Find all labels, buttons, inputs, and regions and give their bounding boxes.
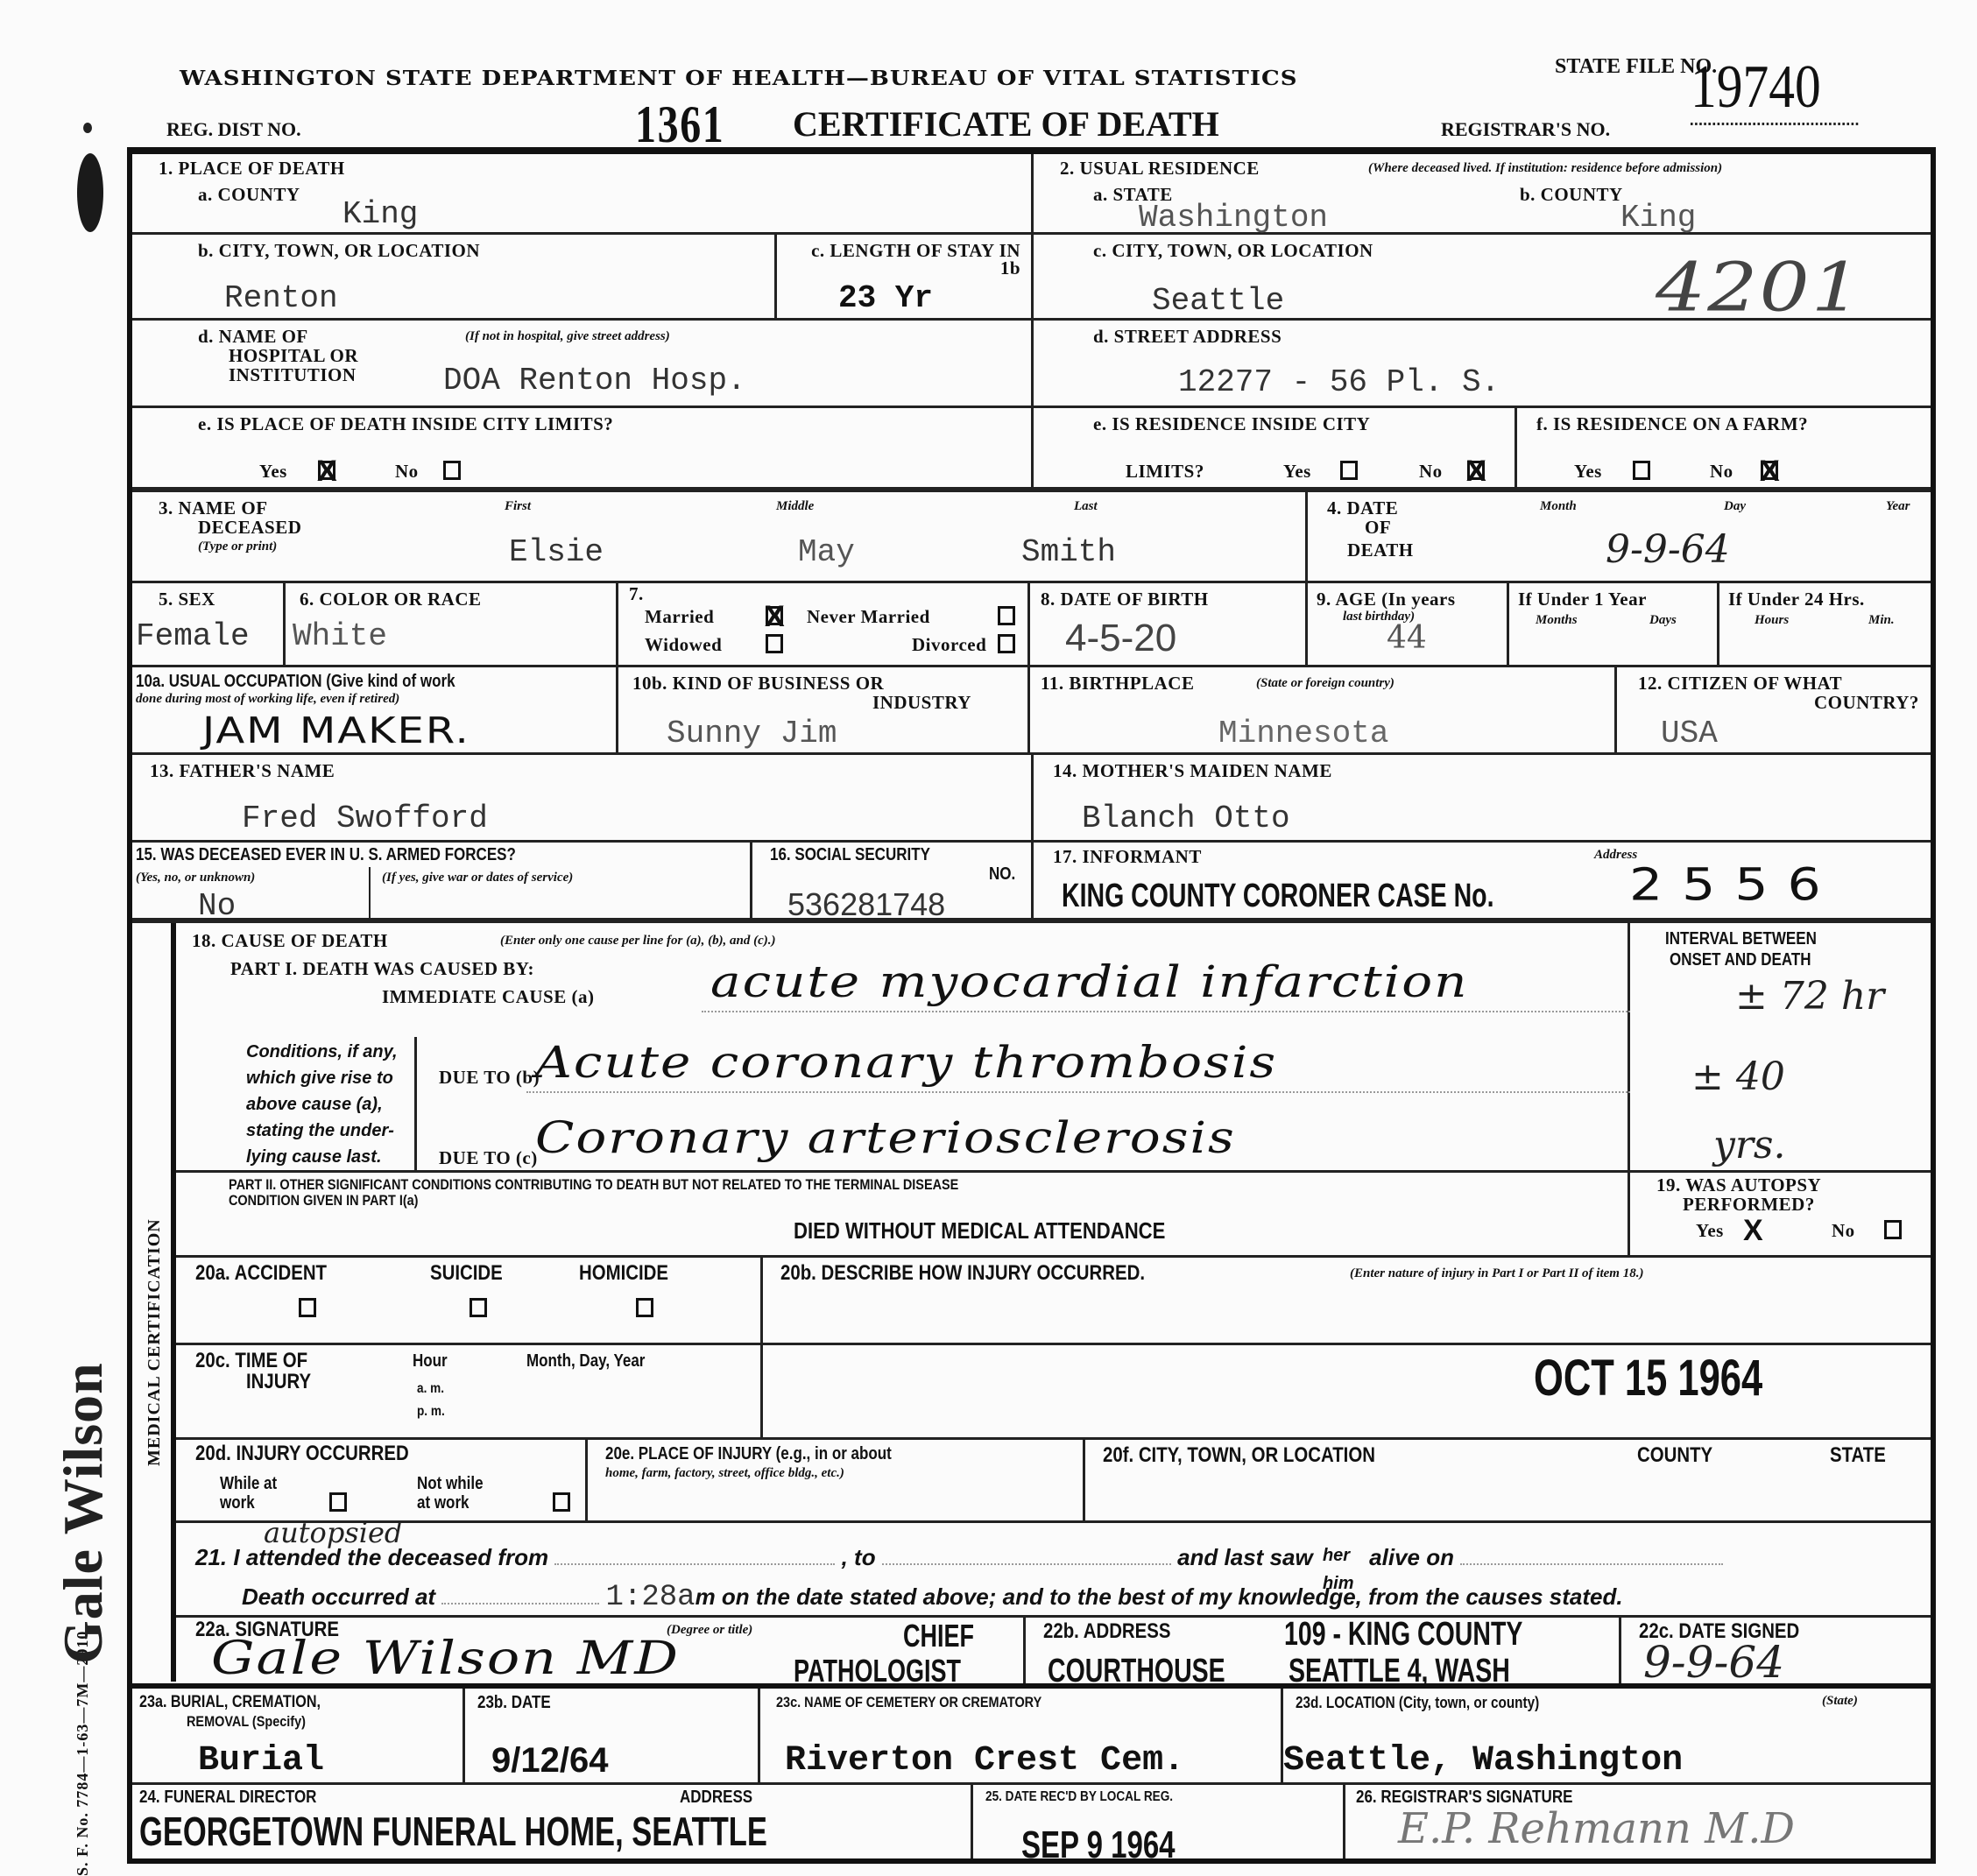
cemetery-value: Riverton Crest Cem. xyxy=(785,1741,1184,1781)
interval-a-value: ± 72 hr xyxy=(1735,974,1884,1019)
name-label-1: 3. NAME OF xyxy=(159,499,268,518)
interval-label-2: ONSET AND DEATH xyxy=(1670,951,1811,969)
inside-city-label: e. IS PLACE OF DEATH INSIDE CITY LIMITS? xyxy=(198,415,613,434)
funeral-director-value: GEORGETOWN FUNERAL HOME, SEATTLE xyxy=(139,1808,767,1855)
length-of-stay-cell: c. LENGTH OF STAY IN 1b 23 Yr xyxy=(777,235,1034,321)
days-label: Days xyxy=(1649,613,1677,627)
death-occurred-label: Death occurred at xyxy=(242,1583,435,1610)
while-at-work-label-2: work xyxy=(220,1494,255,1512)
dotted-rule xyxy=(702,1011,1630,1012)
birthplace-cell: 11. BIRTHPLACE (State or foreign country… xyxy=(1030,667,1617,755)
dod-label-1: 4. DATE xyxy=(1327,499,1398,518)
no-label: No xyxy=(1710,462,1733,481)
death-time-value: 1:28a xyxy=(606,1581,695,1614)
hours-label: Hours xyxy=(1755,613,1789,627)
stay-label: c. LENGTH OF STAY IN 1b xyxy=(801,242,1020,277)
armed-forces-label: 15. WAS DECEASED EVER IN U. S. ARMED FOR… xyxy=(136,846,516,864)
funeral-director-label: 24. FUNERAL DIRECTOR xyxy=(139,1788,316,1806)
sex-cell: 5. SEX Female xyxy=(132,583,286,667)
punch-hole-icon xyxy=(83,123,92,133)
dotted-rule xyxy=(526,1091,1630,1093)
burial-value: Burial xyxy=(198,1741,324,1781)
residence-county-value: King xyxy=(1620,200,1696,236)
agency-heading: WASHINGTON STATE DEPARTMENT OF HEALTH—BU… xyxy=(180,67,1298,91)
date-signed-cell: 22c. DATE SIGNED 9-9-64 xyxy=(1621,1618,1931,1688)
conditions-note-line: above cause (a), xyxy=(246,1091,404,1118)
hospital-note: (If not in hospital, give street address… xyxy=(465,329,670,343)
residence-note: (Where deceased lived. If institution: r… xyxy=(1368,161,1722,175)
cause-b-value: Acute coronary thrombosis xyxy=(535,1037,1277,1088)
disposition-method-cell: 23a. BURIAL, CREMATION, REMOVAL (Specify… xyxy=(132,1689,465,1785)
name-label-2: DECEASED xyxy=(198,518,301,537)
citizenship-cell: 12. CITIZEN OF WHAT COUNTRY? USA xyxy=(1617,667,1931,755)
widowed-label: Widowed xyxy=(645,636,722,654)
funeral-director-cell: 24. FUNERAL DIRECTOR ADDRESS GEORGETOWN … xyxy=(132,1785,973,1858)
autopsy-no-label: No xyxy=(1832,1222,1855,1240)
limits-label: LIMITS? xyxy=(1126,462,1204,481)
day-label: Day xyxy=(1724,499,1746,513)
injury-occurred-label: 20d. INJURY OCCURRED xyxy=(195,1445,409,1463)
residence-city-value: Seattle xyxy=(1152,283,1284,319)
divorced-checkbox[interactable] xyxy=(998,634,1015,653)
date-of-death-cell: 4. DATE OF DEATH Month Day Year 9-9-64 xyxy=(1308,492,1931,583)
received-date-stamp: OCT 15 1964 xyxy=(1534,1349,1762,1407)
month-day-year-label: Month, Day, Year xyxy=(526,1352,645,1370)
location-label: 23d. LOCATION (City, town, or county) xyxy=(1296,1694,1539,1711)
marital-status-cell: 7. Married Never Married Widowed Divorce… xyxy=(618,583,1030,667)
hospital-label-2: HOSPITAL OR xyxy=(229,347,358,365)
registrar-no-label: REGISTRAR'S NO. xyxy=(1441,118,1610,141)
suicide-checkbox[interactable] xyxy=(470,1298,487,1317)
residence-heading: 2. USUAL RESIDENCE xyxy=(1060,159,1260,178)
father-label: 13. FATHER'S NAME xyxy=(150,762,335,780)
cause-c-value: Coronary arteriosclerosis xyxy=(535,1112,1236,1163)
mother-label: 14. MOTHER'S MAIDEN NAME xyxy=(1053,762,1332,780)
injury-occurred-cell: 20d. INJURY OCCURRED While at work Not w… xyxy=(176,1440,588,1523)
marital-num-label: 7. xyxy=(629,585,644,603)
disposition-date-value: 9/12/64 xyxy=(491,1741,608,1781)
age-cell: 9. AGE (In years last birthday) 44 xyxy=(1308,583,1509,667)
residence-city-cell: c. CITY, TOWN, OR LOCATION Seattle 4201 xyxy=(1034,235,1931,321)
business-label-1: 10b. KIND OF BUSINESS OR xyxy=(632,674,884,693)
citizen-value: USA xyxy=(1661,716,1718,751)
divider xyxy=(369,867,371,920)
accident-checkbox[interactable] xyxy=(299,1298,316,1317)
residence-inside-city-label: e. IS RESIDENCE INSIDE CITY xyxy=(1093,415,1370,434)
age-label-1: 9. AGE (In years xyxy=(1317,590,1456,609)
suicide-label: SUICIDE xyxy=(430,1265,503,1282)
dob-value: 4-5-20 xyxy=(1065,617,1176,660)
medical-certification-label: MEDICAL CERTIFICATION xyxy=(145,1218,165,1466)
cause-label: 18. CAUSE OF DEATH xyxy=(192,932,388,950)
date-received-cell: 25. DATE REC'D BY LOCAL REG. SEP 9 1964 xyxy=(973,1785,1345,1858)
while-at-work-checkbox[interactable] xyxy=(329,1492,347,1512)
mother-name-cell: 14. MOTHER'S MAIDEN NAME Blanch Otto xyxy=(1034,755,1931,843)
date-signed-value: 9-9-64 xyxy=(1643,1637,1784,1688)
autopsy-yes-label: Yes xyxy=(1696,1222,1724,1240)
time-of-injury-cell: 20c. TIME OF INJURY Hour a. m. p. m. Mon… xyxy=(176,1345,763,1440)
father-value: Fred Swofford xyxy=(242,800,488,836)
occupation-cell: 10a. USUAL OCCUPATION (Give kind of work… xyxy=(132,667,618,755)
cemetery-cell: 23c. NAME OF CEMETERY OR CREMATORY River… xyxy=(760,1689,1283,1785)
cause-a-value: acute myocardial infarction xyxy=(710,956,1469,1007)
race-cell: 6. COLOR OR RACE White xyxy=(286,583,618,667)
first-name-value: Elsie xyxy=(509,534,604,570)
title-line-1: CHIEF xyxy=(903,1618,974,1654)
month-label: Month xyxy=(1540,499,1577,513)
city-of-death-value: Renton xyxy=(224,280,338,316)
ssn-value: 536281748 xyxy=(787,886,945,923)
farm-yes-checkbox[interactable] xyxy=(1633,461,1650,480)
autopsy-yes-checkbox[interactable] xyxy=(1744,1220,1762,1239)
under-1yr-label: If Under 1 Year xyxy=(1518,590,1647,609)
alive-on-label: alive on xyxy=(1369,1544,1454,1570)
farm-cell: f. IS RESIDENCE ON A FARM? Yes No xyxy=(1517,408,1931,492)
informant-value: KING COUNTY CORONER CASE No. xyxy=(1062,878,1494,915)
signature-cell: 22a. SIGNATURE (Degree or title) Gale Wi… xyxy=(176,1618,1026,1688)
to-label: , to xyxy=(842,1544,876,1570)
death-certificate: WASHINGTON STATE DEPARTMENT OF HEALTH—BU… xyxy=(0,0,1977,1876)
conditions-note: Conditions, if any, which give rise to a… xyxy=(246,1039,404,1170)
residence-city-no-checkbox[interactable] xyxy=(1467,461,1485,480)
street-address-label: d. STREET ADDRESS xyxy=(1093,328,1282,346)
race-value: White xyxy=(293,618,387,654)
no-label: No xyxy=(1419,462,1443,481)
part1-label: PART I. DEATH WAS CAUSED BY: xyxy=(230,960,534,978)
mother-value: Blanch Otto xyxy=(1082,800,1290,836)
residence-state-value: Washington xyxy=(1139,200,1328,236)
father-name-cell: 13. FATHER'S NAME Fred Swofford xyxy=(132,755,1034,843)
armed-forces-sub-2: (If yes, give war or dates of service) xyxy=(382,871,573,885)
spacer xyxy=(441,1603,599,1604)
margin-signature: Gale Wilson xyxy=(51,1362,116,1664)
injury-description-cell: 20b. DESCRIBE HOW INJURY OCCURRED. (Ente… xyxy=(763,1258,1931,1345)
yes-label: Yes xyxy=(259,462,287,481)
months-label: Months xyxy=(1536,613,1578,627)
name-of-deceased-cell: 3. NAME OF DECEASED (Type or print) Firs… xyxy=(132,492,1308,583)
time-injury-label-2: INJURY xyxy=(246,1373,311,1391)
business-value: Sunny Jim xyxy=(667,716,837,751)
business-label-2: INDUSTRY xyxy=(872,694,971,712)
farm-no-checkbox[interactable] xyxy=(1761,461,1778,480)
hospital-label-1: d. NAME OF xyxy=(198,328,308,346)
occupation-label-1: 10a. USUAL OCCUPATION (Give kind of work xyxy=(136,673,455,690)
social-security-cell: 16. SOCIAL SECURITY NO. 536281748 xyxy=(752,843,1034,923)
inside-city-limits-cell: e. IS PLACE OF DEATH INSIDE CITY LIMITS?… xyxy=(132,408,1034,492)
under-24h-label: If Under 24 Hrs. xyxy=(1728,590,1865,609)
part2-label-1: PART II. OTHER SIGNIFICANT CONDITIONS CO… xyxy=(229,1176,958,1194)
hospital-cell: d. NAME OF HOSPITAL OR INSTITUTION (If n… xyxy=(132,321,1034,408)
coroner-case-number: 2556 xyxy=(1629,859,1840,912)
ssn-label-1: 16. SOCIAL SECURITY xyxy=(770,846,930,864)
county-of-death-value: King xyxy=(342,196,418,232)
place-injury-label-1: 20e. PLACE OF INJURY (e.g., in or about xyxy=(605,1445,892,1463)
birthplace-value: Minnesota xyxy=(1218,716,1388,751)
injury-desc-note: (Enter nature of injury in Part I or Par… xyxy=(1350,1266,1643,1280)
not-at-work-checkbox[interactable] xyxy=(553,1492,570,1512)
inside-city-no-checkbox[interactable] xyxy=(443,461,461,480)
interval-b-value: ± 40 xyxy=(1691,1054,1785,1099)
homicide-checkbox[interactable] xyxy=(636,1298,653,1317)
min-label: Min. xyxy=(1868,613,1895,627)
residence-county-label: b. COUNTY xyxy=(1520,186,1623,204)
birthplace-label: 11. BIRTHPLACE xyxy=(1041,674,1194,693)
residence-inside-city-cell: e. IS RESIDENCE INSIDE CITY LIMITS? Yes … xyxy=(1034,408,1517,492)
injury-location-cell: 20f. CITY, TOWN, OR LOCATION COUNTY STAT… xyxy=(1085,1440,1931,1523)
attended-from-field[interactable] xyxy=(554,1563,835,1565)
attended-to-field[interactable] xyxy=(882,1563,1171,1565)
citizen-label-1: 12. CITIZEN OF WHAT xyxy=(1638,674,1842,693)
cause-note: (Enter only one cause per line for (a), … xyxy=(500,934,776,948)
time-injury-label-1: 20c. TIME OF xyxy=(195,1352,307,1370)
armed-forces-sub-1: (Yes, no, or unknown) xyxy=(136,871,255,885)
part2-cell: PART II. OTHER SIGNIFICANT CONDITIONS CO… xyxy=(176,1173,1630,1258)
autopsy-label-1: 19. WAS AUTOPSY xyxy=(1656,1176,1821,1195)
street-address-value: 12277 - 56 Pl. S. xyxy=(1178,364,1500,400)
inside-city-yes-checkbox[interactable] xyxy=(318,461,335,480)
sex-value: Female xyxy=(136,618,250,654)
last-saw-label: and last saw xyxy=(1177,1544,1313,1570)
conditions-note-line: Conditions, if any, xyxy=(246,1039,404,1065)
yes-label: Yes xyxy=(1574,462,1602,481)
place-of-death-heading: 1. PLACE OF DEATH xyxy=(159,159,345,178)
middle-name-label: Middle xyxy=(776,499,814,513)
registrar-signature: E.P. Rehmann M.D xyxy=(1398,1804,1795,1853)
interval-cell: INTERVAL BETWEEN ONSET AND DEATH ± 72 hr… xyxy=(1630,923,1931,1173)
hour-label: Hour xyxy=(413,1352,448,1370)
last-name-value: Smith xyxy=(1021,534,1116,570)
never-married-checkbox[interactable] xyxy=(998,606,1015,625)
cause-of-death-cell: 18. CAUSE OF DEATH (Enter only one cause… xyxy=(176,923,1630,1173)
armed-forces-cell: 15. WAS DECEASED EVER IN U. S. ARMED FOR… xyxy=(132,843,752,923)
alive-on-field[interactable] xyxy=(1460,1563,1723,1565)
birthplace-note: (State or foreign country) xyxy=(1256,676,1394,690)
medical-cert-sidebar: MEDICAL CERTIFICATION xyxy=(132,923,176,1682)
ssn-label-2: NO. xyxy=(989,865,1015,883)
reg-dist-number: 1361 xyxy=(635,95,724,155)
registrar-signature-label: 26. REGISTRAR'S SIGNATURE xyxy=(1356,1788,1572,1806)
binder-hole-icon xyxy=(77,153,103,232)
injury-state-label: STATE xyxy=(1830,1447,1886,1464)
age-value: 44 xyxy=(1387,620,1427,656)
not-at-work-label-2: at work xyxy=(417,1494,470,1512)
burial-label-2: REMOVAL (Specify) xyxy=(187,1713,306,1731)
conditions-note-line: stating the under- xyxy=(246,1118,404,1144)
sex-label: 5. SEX xyxy=(159,590,215,609)
informant-cell: 17. INFORMANT Address KING COUNTY CORONE… xyxy=(1034,843,1931,923)
informant-label: 17. INFORMANT xyxy=(1053,848,1202,866)
county-of-death-cell: 1. PLACE OF DEATH a. COUNTY King xyxy=(132,154,1034,235)
physician-address-label: 22b. ADDRESS xyxy=(1043,1623,1170,1640)
last-name-label: Last xyxy=(1074,499,1098,513)
pm-label: p. m. xyxy=(417,1403,445,1421)
occupation-value: JAM MAKER. xyxy=(202,709,470,751)
dod-label-2: OF xyxy=(1365,518,1391,537)
residence-state-cell: 2. USUAL RESIDENCE (Where deceased lived… xyxy=(1034,154,1931,235)
yes-label: Yes xyxy=(1283,462,1311,481)
length-of-stay-value: 23 Yr xyxy=(838,280,933,316)
dod-label-3: DEATH xyxy=(1347,541,1414,560)
autopsy-label-2: PERFORMED? xyxy=(1683,1195,1815,1214)
business-cell: 10b. KIND OF BUSINESS OR INDUSTRY Sunny … xyxy=(618,667,1030,755)
conditions-note-line: which give rise to xyxy=(246,1065,404,1091)
location-value: Seattle, Washington xyxy=(1283,1741,1683,1781)
am-label: a. m. xyxy=(417,1380,444,1398)
residence-city-label: c. CITY, TOWN, OR LOCATION xyxy=(1093,242,1373,260)
citizen-label-2: COUNTRY? xyxy=(1814,694,1919,712)
injury-county-label: COUNTY xyxy=(1637,1447,1712,1464)
race-label: 6. COLOR OR RACE xyxy=(300,590,482,609)
city-label: b. CITY, TOWN, OR LOCATION xyxy=(198,242,480,260)
document-title: CERTIFICATE OF DEATH xyxy=(793,103,1219,145)
burial-label-1: 23a. BURIAL, CREMATION, xyxy=(139,1694,321,1711)
attended-label: 21. I attended the deceased from xyxy=(195,1544,548,1570)
conditions-note-line: lying cause last. xyxy=(246,1144,404,1170)
residence-city-yes-checkbox[interactable] xyxy=(1340,461,1358,480)
date-of-death-value: 9-9-64 xyxy=(1606,527,1730,572)
first-name-label: First xyxy=(505,499,531,513)
interval-c-value: yrs. xyxy=(1713,1123,1785,1167)
married-label: Married xyxy=(645,608,714,626)
physician-address-line-1: 109 - KING COUNTY xyxy=(1284,1616,1522,1654)
place-injury-label-2: home, farm, factory, street, office bldg… xyxy=(605,1466,844,1480)
street-address-cell: d. STREET ADDRESS 12277 - 56 Pl. S. xyxy=(1034,321,1931,408)
farm-label: f. IS RESIDENCE ON A FARM? xyxy=(1536,415,1808,434)
manner-of-death-cell: 20a. ACCIDENT SUICIDE HOMICIDE xyxy=(176,1258,763,1345)
county-label: a. COUNTY xyxy=(198,186,300,204)
cemetery-label: 23c. NAME OF CEMETERY OR CREMATORY xyxy=(776,1694,1041,1711)
part2-value: DIED WITHOUT MEDICAL ATTENDANCE xyxy=(794,1222,1165,1239)
married-checkbox[interactable] xyxy=(766,606,783,625)
date-of-birth-cell: 8. DATE OF BIRTH 4-5-20 xyxy=(1030,583,1308,667)
interval-label-1: INTERVAL BETWEEN xyxy=(1665,930,1817,948)
immediate-cause-label: IMMEDIATE CAUSE (a) xyxy=(382,988,594,1006)
physician-signature: Gale Wilson MD xyxy=(211,1631,680,1685)
part2-label-2: CONDITION GIVEN IN PART I(a) xyxy=(229,1192,418,1210)
form-number: S. F. No. 7784—1-63—7M—2910 xyxy=(74,1631,92,1876)
hospital-label-3: INSTITUTION xyxy=(229,366,357,384)
hospital-value: DOA Renton Hosp. xyxy=(443,363,746,398)
widowed-checkbox[interactable] xyxy=(766,634,783,653)
location-state-label: (State) xyxy=(1822,1694,1858,1708)
middle-name-value: May xyxy=(798,534,855,570)
registrar-signature-cell: 26. REGISTRAR'S SIGNATURE E.P. Rehmann M… xyxy=(1345,1785,1931,1858)
death-occurred-line: Death occurred at 1:28am on the date sta… xyxy=(242,1581,1623,1614)
not-at-work-label-1: Not while xyxy=(417,1475,484,1492)
name-label-3: (Type or print) xyxy=(198,540,277,554)
reg-dist-label: REG. DIST NO. xyxy=(166,118,301,141)
autopsy-no-checkbox[interactable] xyxy=(1884,1220,1902,1239)
autopsy-cell: 19. WAS AUTOPSY PERFORMED? Yes No xyxy=(1630,1173,1931,1258)
due-to-c-label: DUE TO (c) xyxy=(439,1149,538,1167)
armed-forces-value: No xyxy=(198,888,236,924)
never-married-label: Never Married xyxy=(807,608,930,626)
disposition-date-label: 23b. DATE xyxy=(477,1694,551,1711)
dob-label: 8. DATE OF BIRTH xyxy=(1041,590,1209,609)
divorced-label: Divorced xyxy=(912,636,986,654)
bracket xyxy=(414,1037,417,1173)
injury-city-label: 20f. CITY, TOWN, OR LOCATION xyxy=(1103,1447,1375,1464)
homicide-label: HOMICIDE xyxy=(579,1265,668,1282)
physician-address-cell: 22b. ADDRESS 109 - KING COUNTY COURTHOUS… xyxy=(1026,1618,1621,1688)
attended-line: 21. I attended the deceased from , to an… xyxy=(195,1544,1723,1571)
date-received-stamp: SEP 9 1964 xyxy=(1021,1823,1176,1867)
received-stamp-cell: OCT 15 1964 xyxy=(763,1345,1931,1440)
date-received-label: 25. DATE REC'D BY LOCAL REG. xyxy=(985,1788,1173,1806)
under-one-year-cell: If Under 1 Year Months Days xyxy=(1509,583,1719,667)
handwritten-code: 4201 xyxy=(1656,249,1863,327)
death-occurred-tail: m on the date stated above; and to the b… xyxy=(695,1583,1623,1610)
city-of-death-cell: b. CITY, TOWN, OR LOCATION Renton xyxy=(132,235,777,321)
no-label: No xyxy=(395,462,419,481)
under-24-hours-cell: If Under 24 Hrs. Hours Min. xyxy=(1719,583,1931,667)
occupation-label-2: done during most of working life, even i… xyxy=(136,692,399,706)
funeral-address-label: ADDRESS xyxy=(680,1788,752,1806)
her-label: her xyxy=(1323,1546,1350,1566)
disposition-date-cell: 23b. DATE 9/12/64 xyxy=(465,1689,760,1785)
cemetery-location-cell: 23d. LOCATION (City, town, or county) (S… xyxy=(1283,1689,1931,1785)
state-file-number: 19740 xyxy=(1691,53,1858,125)
accident-label: 20a. ACCIDENT xyxy=(195,1265,327,1282)
place-of-injury-cell: 20e. PLACE OF INJURY (e.g., in or about … xyxy=(588,1440,1085,1523)
injury-desc-label: 20b. DESCRIBE HOW INJURY OCCURRED. xyxy=(780,1265,1145,1282)
while-at-work-label-1: While at xyxy=(220,1475,277,1492)
physician-statement-cell: autopsied 21. I attended the deceased fr… xyxy=(176,1523,1931,1618)
year-label: Year xyxy=(1886,499,1910,513)
due-to-b-label: DUE TO (b) xyxy=(439,1068,540,1087)
